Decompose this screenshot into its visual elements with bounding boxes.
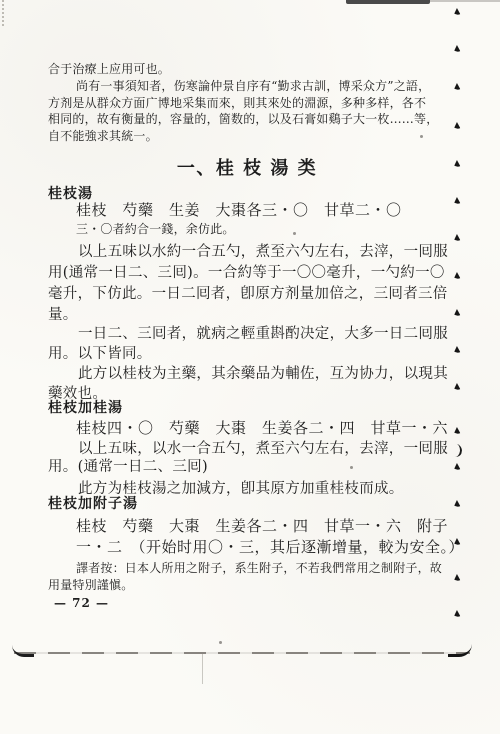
recipe-line: 桂枝 芍藥 大棗 生姜各二・四 甘草一・六 附子: [76, 515, 448, 536]
body-line: 毫升，下仿此。一日二囘者，卽原方剂量加倍之，三囘者三倍: [48, 282, 448, 303]
ink-speck: [454, 197, 461, 205]
ink-speck: [454, 83, 461, 91]
ink-dot: [420, 135, 423, 138]
recipe-line: 桂枝四・〇 芍藥 大棗 生姜各二・四 甘草一・六: [76, 417, 448, 438]
ink-squiggle: [451, 443, 463, 457]
page-number: — 72 —: [54, 596, 109, 610]
recipe-line: 桂枝 芍藥 生姜 大棗各三・〇 甘草二・〇: [76, 199, 402, 220]
ink-speck: [454, 45, 461, 53]
intro-line: 方剂是从群众方面广博地采集而來，則其來处的淵源，多种多样，各不: [48, 96, 426, 110]
ink-dot: [350, 466, 353, 469]
ink-speck: [454, 463, 461, 471]
scan-edge-strip: [346, 0, 430, 4]
body-line: 量。: [48, 303, 78, 324]
translator-note: 用量特別謹愼。: [48, 576, 133, 593]
ink-dot: [219, 641, 222, 644]
ink-speck: [454, 122, 461, 130]
body-line: 用(通常一日二、三囘)。一合約等于一〇〇毫升，一勺約一〇: [48, 261, 445, 282]
scan-edge-strip-light: [430, 0, 500, 2]
ink-speck: [454, 272, 461, 280]
translator-note: 譯者按：日本人所用之附子，系生附子，不若我們常用之制附子，故: [76, 559, 442, 576]
scan-bottom-edge: [14, 652, 470, 654]
ink-speck: [454, 8, 461, 16]
ink-speck: [454, 309, 461, 317]
scan-left-edge-mark: [2, 0, 4, 26]
intro-line: 相同的，故有衡量的，容量的，箇数的，以及石膏如鷄子大一枚……等，: [48, 112, 438, 126]
body-line: 以上五味以水約一合五勺，煮至六勺左右，去滓，一囘服: [78, 240, 448, 261]
ink-speck: [454, 610, 461, 618]
ink-speck: [454, 234, 461, 242]
ink-speck: [454, 346, 461, 354]
intro-line: 尚有一事須知者，伤寒論仲景自序有“勤求古訓，博采众方”之語，: [76, 79, 430, 93]
intro-line: 自不能強求其統一。: [48, 129, 158, 143]
scan-bottom-curl-left: [12, 645, 34, 657]
ink-dot: [293, 232, 296, 235]
body-line: 用。以下皆同。: [48, 342, 152, 363]
chapter-title: 一、桂 枝 湯 类: [0, 154, 494, 180]
ink-speck: [454, 574, 461, 582]
body-line: 一日二、三囘者，就病之輕重斟酌决定，大多一日二囘服: [78, 322, 448, 343]
scanned-book-page: 合于治療上应用可也。 尚有一事須知者，伤寒論仲景自序有“勤求古訓，博采众方”之語…: [0, 0, 500, 734]
dosage-note: 三・〇者約合一錢，余仿此。: [76, 220, 235, 237]
body-line: 此方以桂枝为主藥，其余藥品为輔佐，互为协力，以現其: [78, 362, 448, 383]
body-line: 用。(通常一日二、三囘): [48, 455, 208, 476]
ink-speck: [454, 383, 461, 391]
intro-line: 合于治療上应用可也。: [48, 62, 170, 76]
section-heading: 桂枝加桂湯: [48, 397, 123, 417]
scan-bottom-crease: [202, 654, 203, 684]
scan-bottom-curl-right: [448, 644, 472, 657]
recipe-line: 一・二 （开始时用〇・三，其后逐漸增量，較为安全。）: [76, 536, 464, 557]
ink-speck: [454, 427, 461, 435]
section-heading: 桂枝加附子湯: [48, 493, 138, 513]
ink-speck: [454, 500, 461, 508]
